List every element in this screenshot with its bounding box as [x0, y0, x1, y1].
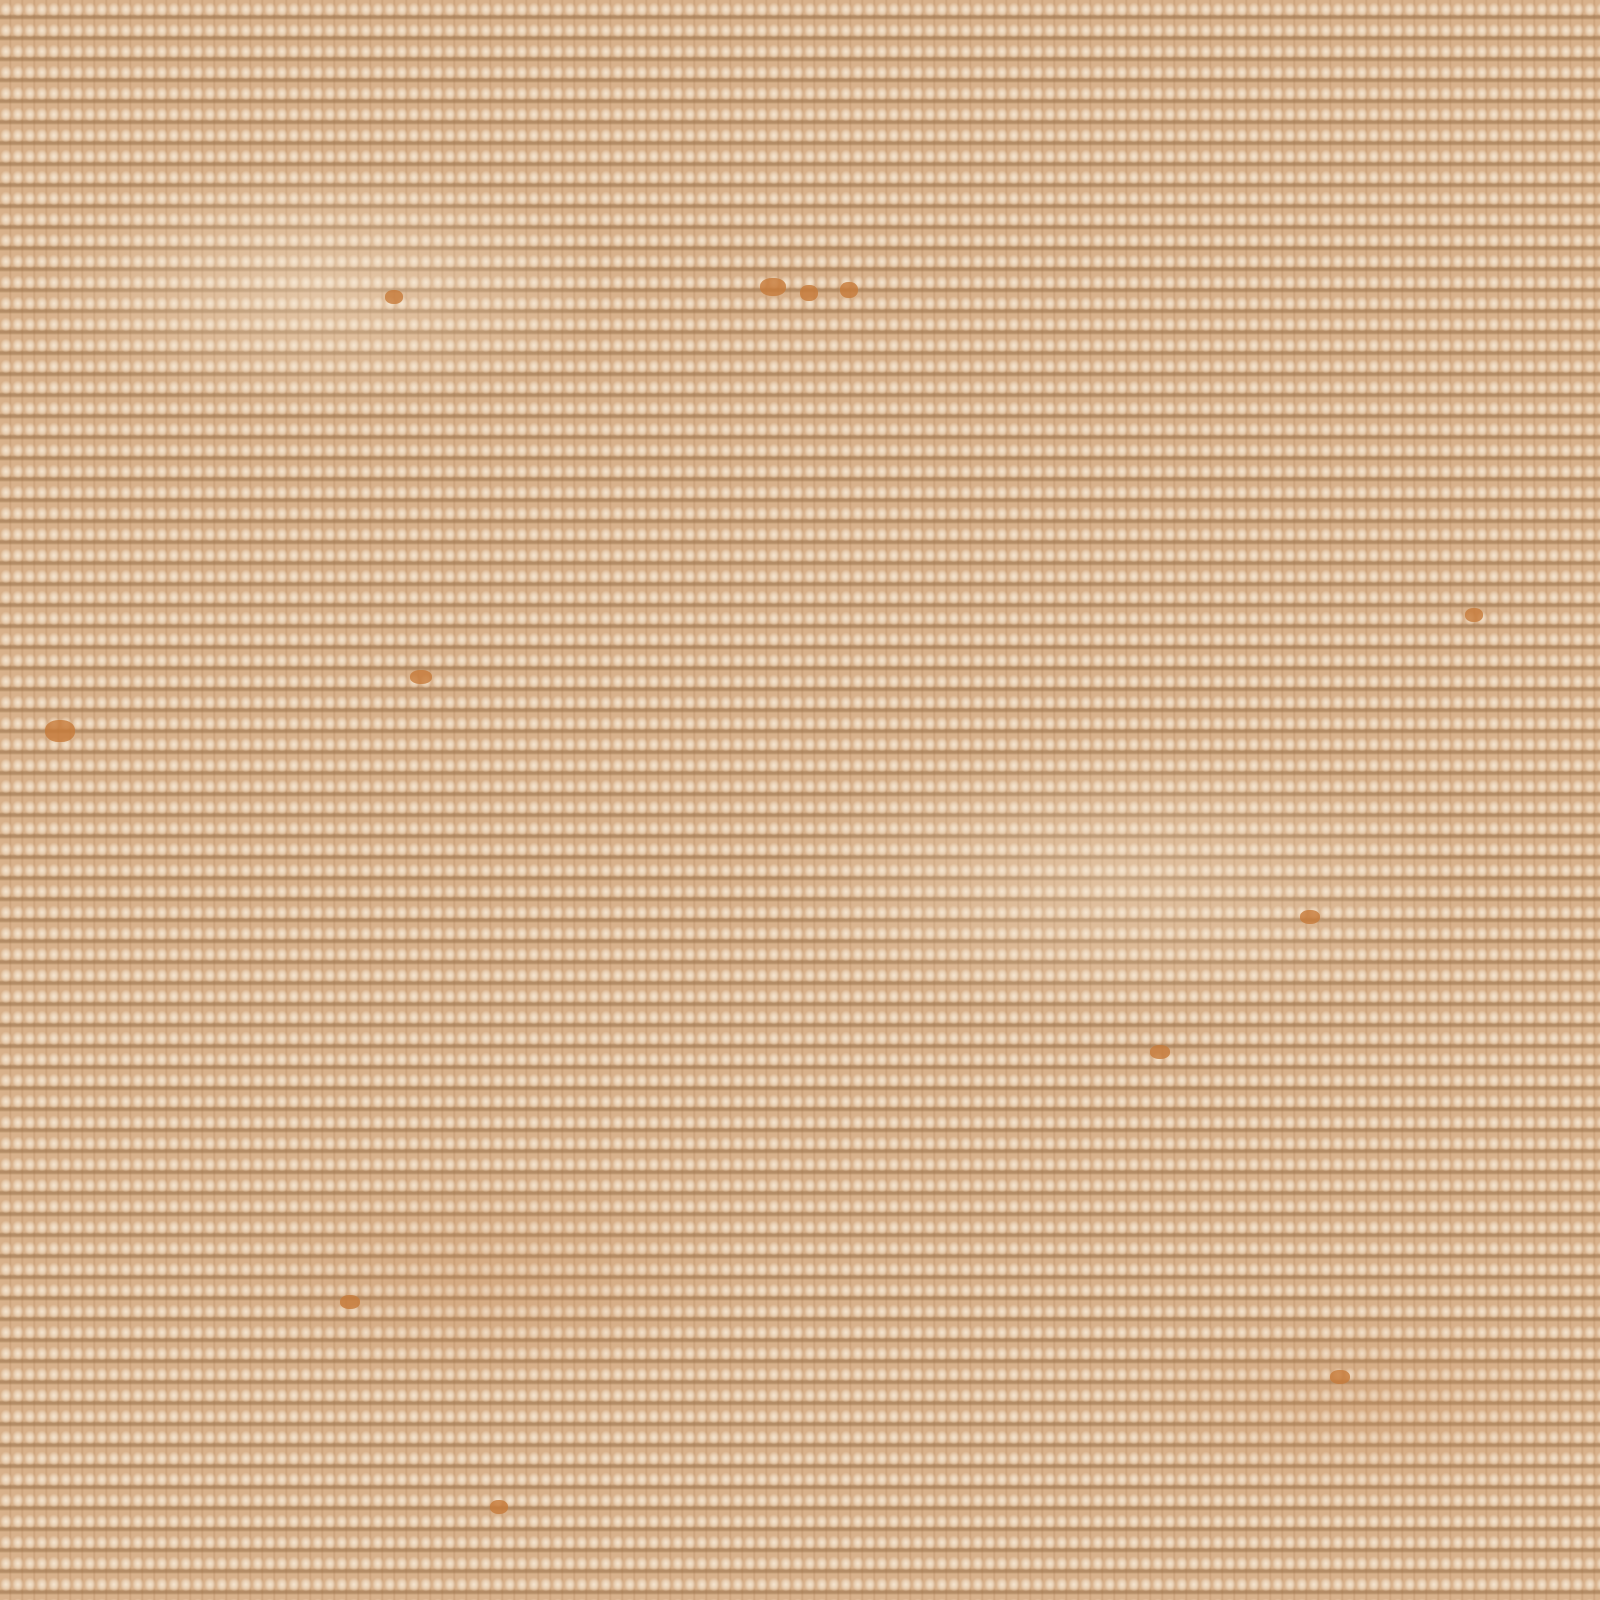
rust-fleck [800, 285, 818, 301]
rust-fleck [490, 1500, 508, 1514]
rust-fleck [840, 282, 858, 298]
rust-fleck [1465, 608, 1483, 622]
rust-fleck [385, 290, 403, 304]
rust-fleck [1150, 1045, 1170, 1059]
rug-texture-photo [0, 0, 1600, 1600]
rust-fleck [1300, 910, 1320, 924]
rust-fleck [340, 1295, 360, 1309]
tonal-variation-overlay [0, 0, 1600, 1600]
rust-fleck [1330, 1370, 1350, 1384]
rust-fleck [45, 720, 75, 742]
rust-fleck [760, 278, 786, 296]
rust-fleck [410, 670, 432, 684]
